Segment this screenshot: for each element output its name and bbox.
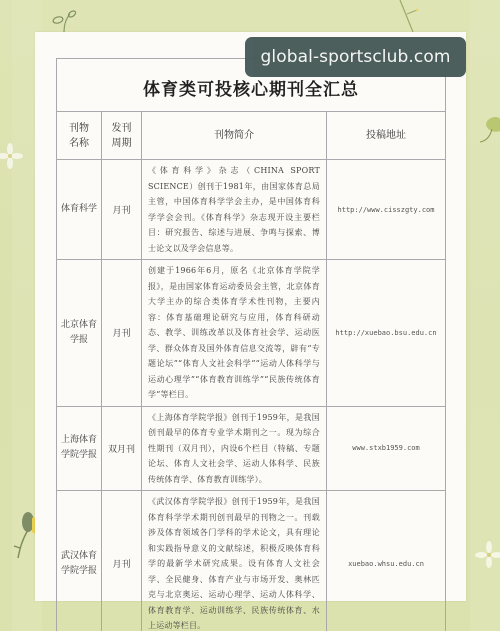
journal-name-line: 体育科学 — [61, 204, 97, 214]
publication-period: 双月刊 — [102, 406, 142, 491]
publication-period: 月刊 — [102, 160, 142, 260]
journal-name-line: 上海体育 — [61, 435, 97, 445]
submission-address-link[interactable]: http://www.cisszgty.com — [327, 160, 446, 260]
leaf-decoration-icon — [478, 115, 500, 145]
submission-address-link[interactable]: www.stxb1959.com — [327, 406, 446, 491]
column-header-period-line: 周期 — [112, 138, 132, 149]
publication-period: 月刊 — [102, 491, 142, 631]
submission-address-link[interactable]: xuebao.whsu.edu.cn — [327, 491, 446, 631]
journal-intro: 《体育科学》杂志（CHINA SPORT SCIENCE）创刊于1981年，由国… — [142, 160, 327, 260]
column-header-address: 投稿地址 — [327, 112, 446, 160]
journal-name: 上海体育 学院学报 — [57, 406, 102, 491]
submission-address-link[interactable]: http://xuebao.bsu.edu.cn — [327, 260, 446, 407]
twig-decoration-icon — [395, 0, 425, 34]
journal-name-line: 武汉体育 — [61, 551, 97, 561]
journal-name: 武汉体育 学院学报 — [57, 491, 102, 631]
journal-name-line: 北京体育 — [61, 320, 97, 330]
journal-intro: 《武汉体育学院学报》创刊于1959年，是我国体育科学学术期刊创刊最早的刊物之一。… — [142, 491, 327, 631]
flower-decoration-icon — [475, 540, 500, 570]
column-header-name: 刊物 名称 — [57, 112, 102, 160]
column-header-name-line: 名称 — [69, 138, 89, 149]
journal-table: 体育类可投核心期刊全汇总 刊物 名称 发刊 周期 刊物简介 投稿地址 体育科学 … — [56, 58, 446, 631]
publication-period: 月刊 — [102, 260, 142, 407]
journal-name-line: 学报 — [70, 335, 88, 345]
table-row: 北京体育 学报 月刊 创建于1966年6月，原名《北京体育学院学报》，是由国家体… — [57, 260, 446, 407]
watermark-badge: global-sportsclub.com — [245, 37, 466, 77]
table-row: 上海体育 学院学报 双月刊 《上海体育学院学报》创刊于1959年，是我国创刊最早… — [57, 406, 446, 491]
bud-decoration-icon — [8, 510, 38, 560]
journal-name: 北京体育 学报 — [57, 260, 102, 407]
flower-decoration-icon — [0, 143, 24, 171]
column-header-intro: 刊物简介 — [142, 112, 327, 160]
journal-intro: 《上海体育学院学报》创刊于1959年，是我国创刊最早的体育专业学术期刊之一。现为… — [142, 406, 327, 491]
journal-intro: 创建于1966年6月，原名《北京体育学院学报》，是由国家体育运动委员会主管，北京… — [142, 260, 327, 407]
journal-name-line: 学院学报 — [61, 450, 97, 460]
journal-name: 体育科学 — [57, 160, 102, 260]
header-row: 刊物 名称 发刊 周期 刊物简介 投稿地址 — [57, 112, 446, 160]
column-header-name-line: 刊物 — [69, 123, 89, 134]
table-row: 武汉体育 学院学报 月刊 《武汉体育学院学报》创刊于1959年，是我国体育科学学… — [57, 491, 446, 631]
column-header-period-line: 发刊 — [112, 123, 132, 134]
background-stripe — [470, 0, 500, 631]
table-row: 体育科学 月刊 《体育科学》杂志（CHINA SPORT SCIENCE）创刊于… — [57, 160, 446, 260]
journal-name-line: 学院学报 — [61, 566, 97, 576]
column-header-period: 发刊 周期 — [102, 112, 142, 160]
